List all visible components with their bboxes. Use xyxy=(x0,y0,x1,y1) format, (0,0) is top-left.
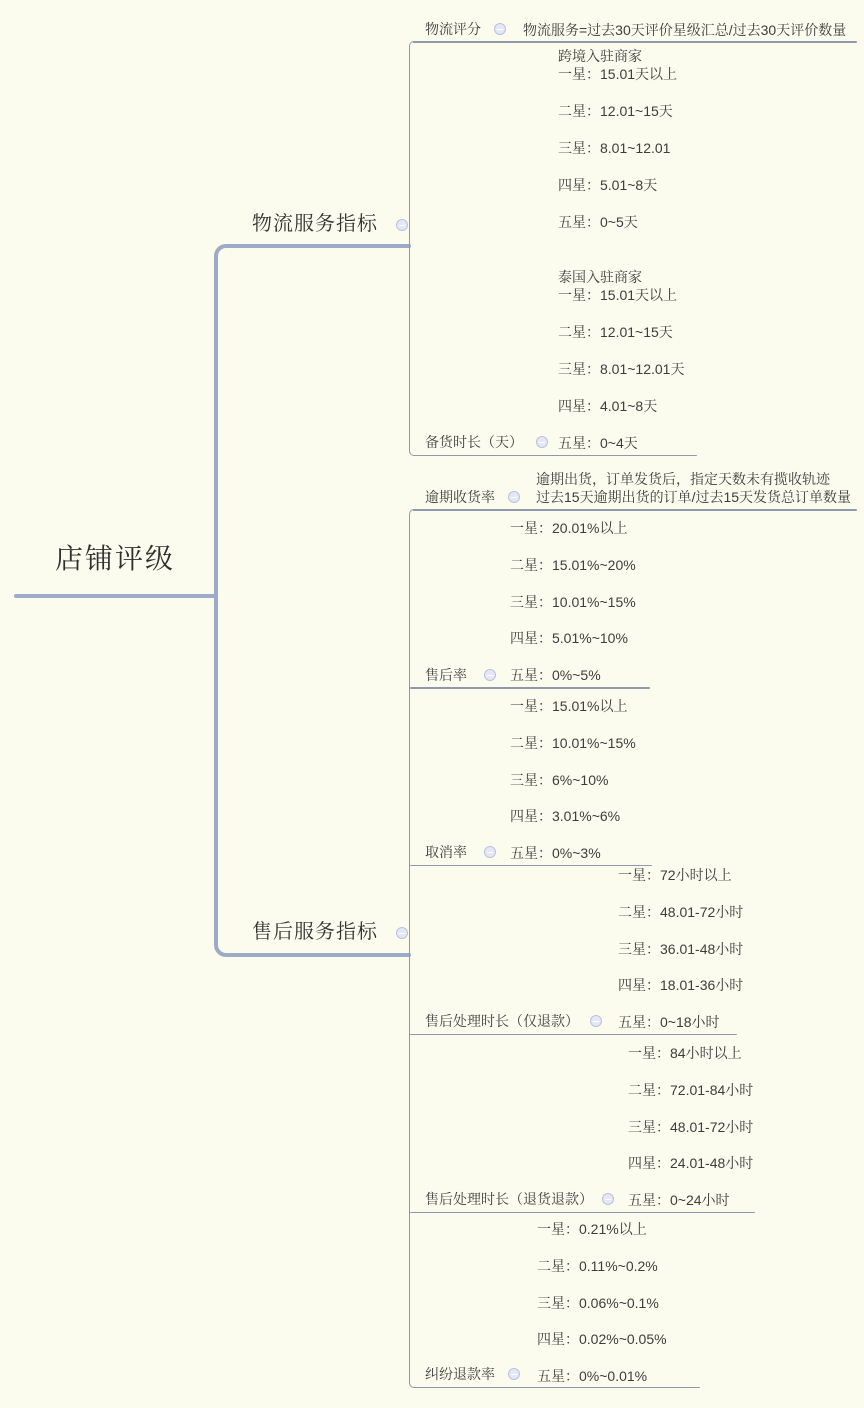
underline-cancel-rate xyxy=(410,865,652,867)
collapse-icon[interactable] xyxy=(396,219,408,231)
branch-aftersales-topic[interactable]: 售后服务指标 xyxy=(252,919,378,945)
underline-refund-only-duration xyxy=(410,1034,737,1036)
detail-stock-duration: 跨境入驻商家 一星：15.01天以上 二星：12.01~15天 三星：8.01~… xyxy=(558,47,684,452)
mindmap-canvas: 店铺评级 物流服务指标 售后服务指标 物流评分 物流服务=过去30天评价星级汇总… xyxy=(0,0,864,1408)
collapse-icon[interactable] xyxy=(508,1368,520,1380)
collapse-icon[interactable] xyxy=(484,846,496,858)
underline-logistics-score xyxy=(413,41,857,43)
topic-aftersale-rate[interactable]: 售后率 xyxy=(425,666,467,684)
collapse-icon[interactable] xyxy=(536,436,548,448)
detail-cancel-rate: 一星：15.01%以上 二星：10.01%~15% 三星：6%~10% 四星：3… xyxy=(510,697,636,863)
topic-logistics-score[interactable]: 物流评分 xyxy=(425,20,481,38)
collapse-icon[interactable] xyxy=(602,1193,614,1205)
note-overdue-receipt-rate: 逾期出货，订单发货后，指定天数未有揽收轨迹 过去15天逾期出货的订单/过去15天… xyxy=(536,470,851,507)
topic-return-refund-duration[interactable]: 售后处理时长（退货退款） xyxy=(425,1190,593,1208)
branch-logistics-underline xyxy=(226,244,411,248)
topic-overdue-receipt-rate[interactable]: 逾期收货率 xyxy=(425,488,495,506)
root-topic[interactable]: 店铺评级 xyxy=(55,542,175,576)
topic-refund-only-duration[interactable]: 售后处理时长（仅退款） xyxy=(425,1012,579,1030)
detail-return-refund-duration: 一星：84小时以上 二星：72.01-84小时 三星：48.01-72小时 四星… xyxy=(628,1044,753,1210)
root-children-bracket xyxy=(214,244,230,957)
collapse-icon[interactable] xyxy=(508,491,520,503)
topic-cancel-rate[interactable]: 取消率 xyxy=(425,843,467,861)
aftersales-children-bracket xyxy=(409,509,417,1388)
collapse-icon[interactable] xyxy=(396,927,408,939)
topic-stock-duration[interactable]: 备货时长（天） xyxy=(425,433,523,451)
collapse-icon[interactable] xyxy=(484,669,496,681)
collapse-icon[interactable] xyxy=(590,1015,602,1027)
collapse-icon[interactable] xyxy=(494,23,506,35)
branch-logistics-topic[interactable]: 物流服务指标 xyxy=(252,211,378,237)
branch-aftersales-underline xyxy=(226,953,411,957)
topic-dispute-refund-rate[interactable]: 纠纷退款率 xyxy=(425,1365,495,1383)
detail-aftersale-rate: 一星：20.01%以上 二星：15.01%~20% 三星：10.01%~15% … xyxy=(510,519,636,685)
detail-refund-only-duration: 一星：72小时以上 二星：48.01-72小时 三星：36.01-48小时 四星… xyxy=(618,866,743,1032)
underline-dispute-refund-rate xyxy=(413,1387,700,1389)
underline-aftersale-rate xyxy=(410,687,650,689)
underline-return-refund-duration xyxy=(410,1212,755,1214)
note-logistics-score: 物流服务=过去30天评价星级汇总/过去30天评价数量 xyxy=(523,21,846,39)
underline-overdue-receipt-rate xyxy=(413,509,857,511)
underline-stock-duration xyxy=(413,455,697,457)
logistics-children-bracket xyxy=(409,41,417,456)
root-underline xyxy=(14,594,218,598)
detail-dispute-refund-rate: 一星：0.21%以上 二星：0.11%~0.2% 三星：0.06%~0.1% 四… xyxy=(537,1220,667,1386)
